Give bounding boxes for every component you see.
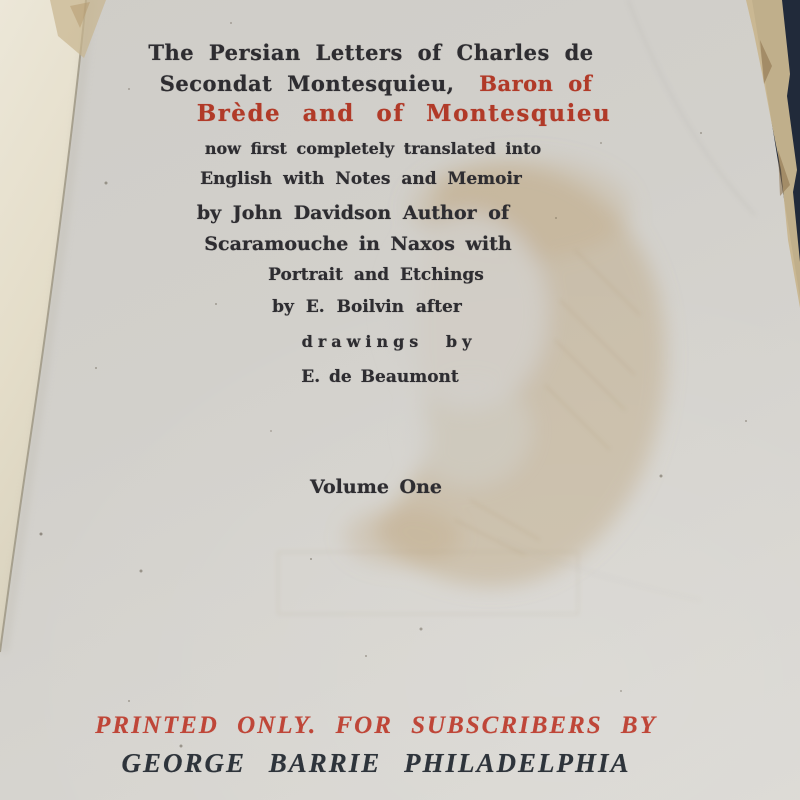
book-title-page-photo: The Persian Letters of Charles de Second… <box>0 0 800 800</box>
title-line-10: drawings by <box>81 332 697 351</box>
title-line-5: English with Notes and Memoir <box>53 169 669 189</box>
title-line-2-red: Baron of <box>479 71 592 96</box>
title-line-6: by John Davidson Author of <box>45 202 661 224</box>
volume-line: Volume One <box>68 476 684 498</box>
title-line-7: Scaramouche in Naxos with <box>50 233 666 255</box>
imprint-line-publisher: GEORGE BARRIE PHILADELPHIA <box>68 748 684 779</box>
title-line-2-black: Secondat Montesquieu, <box>160 71 455 96</box>
title-line-2: Secondat Montesquieu, Baron of <box>68 71 684 96</box>
title-line-3: Brède and of Montesquieu <box>96 100 712 127</box>
title-line-8: Portrait and Etchings <box>68 265 684 285</box>
title-line-1: The Persian Letters of Charles de <box>63 40 679 65</box>
title-text-block: The Persian Letters of Charles de Second… <box>68 0 684 800</box>
imprint-line-subscribers: PRINTED ONLY. FOR SUBSCRIBERS BY <box>68 712 684 740</box>
title-line-4: now first completely translated into <box>65 139 681 158</box>
title-line-9: by E. Boilvin after <box>59 297 675 317</box>
paper-speckles <box>0 0 2 2</box>
title-line-11: E. de Beaumont <box>72 367 688 387</box>
